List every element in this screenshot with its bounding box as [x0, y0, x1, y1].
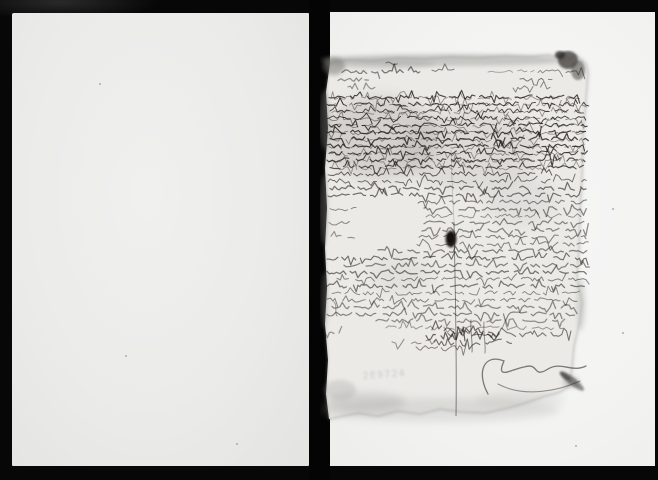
- stain: [321, 272, 329, 328]
- stain: [324, 380, 356, 400]
- stain: [320, 175, 328, 245]
- microfilm-scan-frame: 2E9724: [0, 0, 658, 480]
- manuscript-recto-page: 2E9724: [320, 50, 595, 430]
- dust-speck: [236, 443, 238, 445]
- dust-speck: [575, 445, 577, 447]
- stain: [571, 60, 585, 80]
- dust-speck: [99, 83, 101, 85]
- ink-blot-core: [447, 233, 453, 243]
- ink-blot: [446, 231, 457, 248]
- dust-speck: [622, 332, 624, 334]
- dust-speck: [612, 208, 614, 210]
- stain: [555, 51, 565, 59]
- dust-speck: [125, 355, 127, 357]
- blank-verso-page: [12, 13, 309, 466]
